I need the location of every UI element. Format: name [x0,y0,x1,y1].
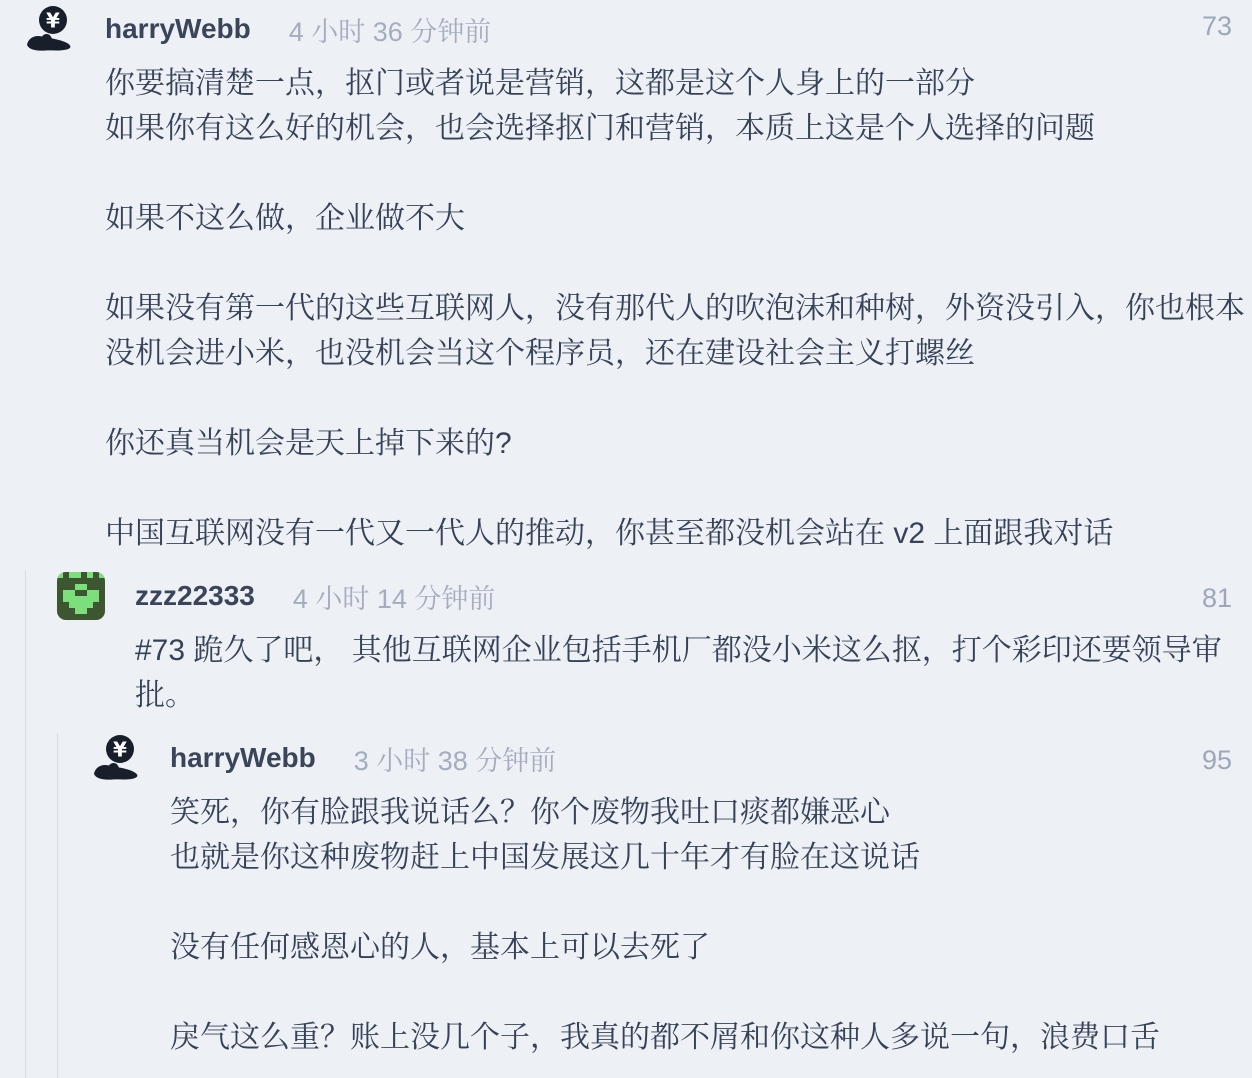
svg-text:¥: ¥ [113,738,127,762]
floor-number: 95 [1202,745,1232,776]
avatar-zzz22333[interactable] [57,572,105,620]
username-link[interactable]: zzz22333 [135,580,255,612]
timestamp: 4 小时 36 分钟前 [289,10,492,49]
comment-body: #73 跪久了吧， 其他互联网企业包括手机厂都没小米这么抠，打个彩印还要领导审批… [135,628,1240,718]
timestamp: 3 小时 38 分钟前 [354,739,557,778]
username-link[interactable]: harryWebb [105,13,251,45]
comment-95: ¥ harryWebb 3 小时 38 分钟前 笑死，你有脸跟我说话么？你个废物… [0,734,1252,1060]
comment-81: zzz22333 4 小时 14 分钟前 #73 跪久了吧， 其他互联网企业包括… [0,572,1252,718]
floor-number: 81 [1202,583,1232,614]
pixel-creature-icon [57,572,105,620]
comment-body: 你要搞清楚一点，抠门或者说是营销，这都是这个人身上的一部分 如果你有这么好的机会… [105,61,1250,556]
money-hand-icon: ¥ [92,734,140,782]
money-hand-icon: ¥ [25,5,73,53]
comment-73: ¥ harryWebb 4 小时 36 分钟前 你要搞清楚一点，抠门或者说是营销… [0,0,1252,556]
avatar-harrywebb[interactable]: ¥ [92,734,140,782]
svg-text:¥: ¥ [46,9,60,33]
timestamp: 4 小时 14 分钟前 [293,577,496,616]
username-link[interactable]: harryWebb [170,742,316,774]
avatar-harrywebb[interactable]: ¥ [25,5,73,53]
comment-body: 笑死，你有脸跟我说话么？你个废物我吐口痰都嫌恶心 也就是你这种废物赶上中国发展这… [170,790,1210,1060]
floor-number: 73 [1202,11,1232,42]
